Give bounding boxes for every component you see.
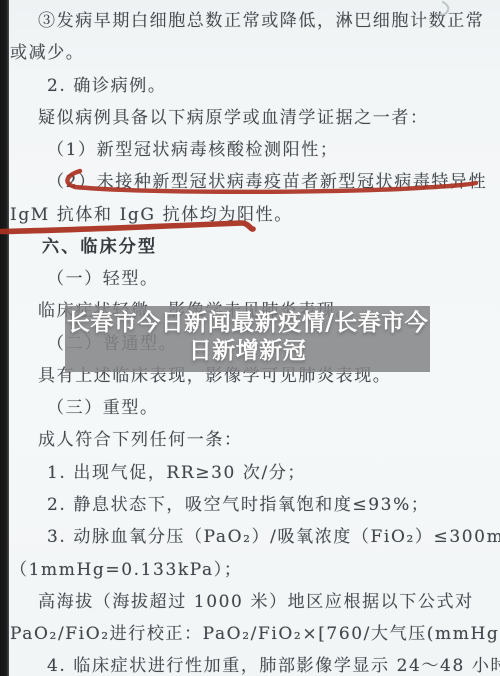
section-heading: 六、临床分型 [0,231,500,263]
document-line: 疑似病例具备以下病原学或血清学证据之一者： [0,102,500,134]
photo-left-border [0,0,9,676]
document-line: （1）新型冠状病毒核酸检测阳性； [0,134,500,166]
document-line: （1mmHg=0.133kPa）； [0,554,500,586]
document-line: ③发病早期白细胞总数正常或降低，淋巴细胞计数正常 [0,5,500,37]
document-line-underlined: （2）未接种新型冠状病毒疫苗者新型冠状病毒特异性 [0,166,500,198]
news-caption-overlay: 长春市今日新闻最新疫情/长春市今 日新增新冠 [65,306,430,372]
document-line: 高海拔（海拔超过 1000 米）地区应根据以下公式对 [0,586,500,618]
document-line: 或减少。 [0,37,500,69]
document-line: 成人符合下列任何一条： [0,424,500,456]
document-photo: ③发病早期白细胞总数正常或降低，淋巴细胞计数正常 或减少。 2. 确诊病例。 疑… [0,0,500,676]
document-line: 2. 确诊病例。 [0,70,500,102]
document-line: 3. 动脉血氧分压（PaO₂）/吸氧浓度（FiO₂）≤300mmHg [0,521,500,553]
document-line: 4. 临床症状进行性加重，肺部影像学显示 24～48 小时 [0,650,500,676]
document-line: （三）重型。 [0,392,500,424]
caption-line-2: 日新增新冠 [189,338,307,366]
caption-line-1: 长春市今日新闻最新疫情/长春市今 [67,310,428,338]
document-line: 2. 静息状态下，吸空气时指氧饱和度≤93%； [0,489,500,521]
document-line: PaO₂/FiO₂进行校正：PaO₂/FiO₂×[760/大气压(mmHg)]。 [0,618,500,650]
document-line-underlined: IgM 抗体和 IgG 抗体均为阳性。 [0,199,500,231]
document-line: （一）轻型。 [0,263,500,295]
document-line: 1. 出现气促，RR≥30 次/分； [0,457,500,489]
